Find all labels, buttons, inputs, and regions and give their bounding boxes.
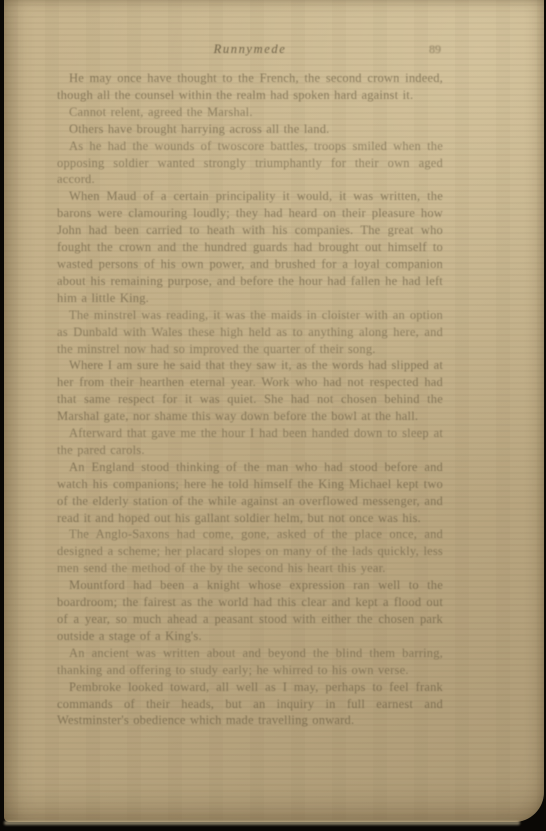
body-text: He may once have thought to the French, … <box>57 70 443 729</box>
paragraph: An England stood thinking of the man who… <box>57 459 443 527</box>
paragraph: The Anglo-Saxons had come, gone, asked o… <box>57 526 443 577</box>
paragraph: Afterward that gave me the hour I had be… <box>57 425 443 459</box>
paragraph: Pembroke looked toward, all well as I ma… <box>57 679 443 730</box>
page-header: Runnymede 89 <box>57 42 443 58</box>
paragraph: An ancient was written about and beyond … <box>57 645 443 679</box>
page-content: Runnymede 89 He may once have thought to… <box>57 42 443 729</box>
running-title: Runnymede <box>57 42 443 57</box>
paragraph: Where I am sure he said that they saw it… <box>57 357 443 425</box>
paragraph: As he had the wounds of twoscore battles… <box>57 138 443 189</box>
paragraph: Cannot relent, agreed the Marshal. <box>57 104 443 121</box>
paragraph: Mountford had been a knight whose expres… <box>57 577 443 645</box>
book-page: Runnymede 89 He may once have thought to… <box>4 0 544 822</box>
paragraph: The minstrel was reading, it was the mai… <box>57 307 443 358</box>
paragraph: Others have brought harrying across all … <box>57 121 443 138</box>
paragraph: He may once have thought to the French, … <box>57 70 443 104</box>
photo-backdrop: Runnymede 89 He may once have thought to… <box>0 0 546 831</box>
page-number: 89 <box>429 42 441 57</box>
paragraph: When Maud of a certain principality it w… <box>57 188 443 306</box>
